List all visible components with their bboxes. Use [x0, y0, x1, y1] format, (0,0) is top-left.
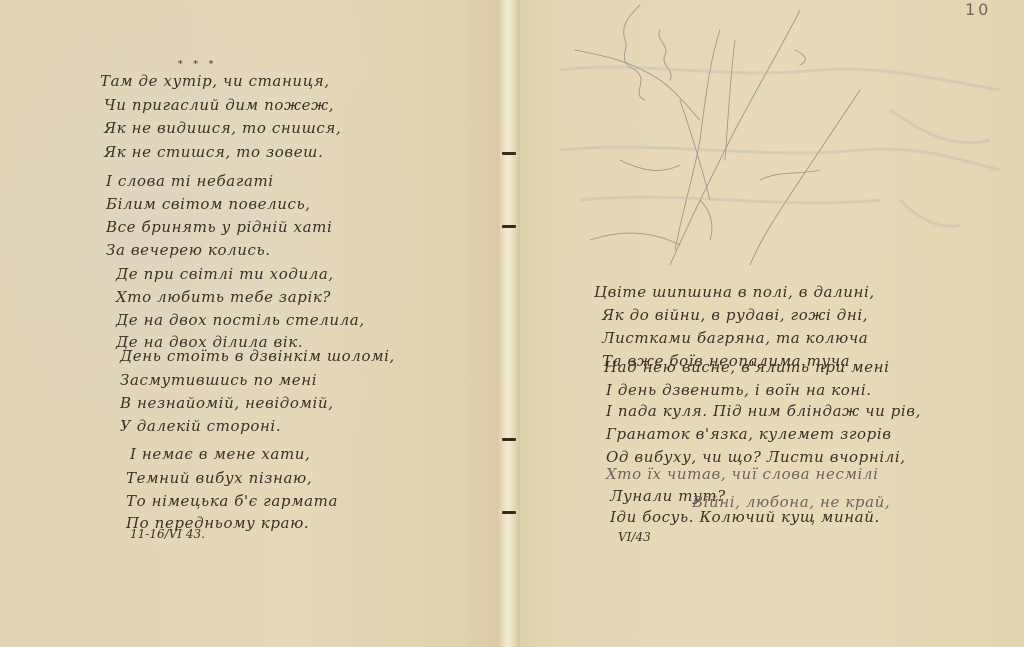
poem-line: То німецька б'є гармата	[126, 492, 338, 510]
poem-line: І день дзвенить, і воїн на коні.	[606, 381, 872, 399]
binding-stitch	[502, 152, 516, 155]
binding-stitch	[502, 511, 516, 514]
binding-stitch	[502, 438, 516, 441]
stanza-ornament: * * *	[178, 60, 217, 70]
poem-line: Листками багряна, та колюча	[602, 329, 868, 347]
poem-line: Цвіте шипшина в полі, в далині,	[594, 283, 875, 301]
left-page-date: 11-16/VI 43.	[130, 527, 205, 541]
poem-line: Іди босуь. Колючий кущ минай.	[610, 508, 880, 526]
poem-line: І слова ті небагаті	[106, 172, 274, 190]
poem-line: І пада куля. Під ним бліндаж чи рів,	[606, 402, 921, 420]
poem-line: Де на двох постіль стелила,	[116, 311, 365, 329]
poem-line: Засмутившись по мені	[120, 371, 317, 389]
binding-gutter	[498, 0, 520, 647]
poem-line: Гранаток в'язка, кулемет згорів	[606, 425, 892, 443]
poem-line: В незнайомій, невідомій,	[120, 394, 334, 412]
poem-line: Все бринять у рідній хаті	[106, 218, 332, 236]
poem-line: Темний вибух пізнаю,	[126, 469, 312, 487]
binding-stitch	[502, 225, 516, 228]
poem-line: Хто любить тебе зарік?	[116, 288, 331, 306]
poem-line: Чи пригаслий дим пожеж,	[104, 96, 334, 114]
poem-line: У далекій стороні.	[120, 417, 281, 435]
poem-line: Як до війни, в рудаві, гожі дні,	[602, 306, 868, 324]
poem-line: Як не видишся, то снишся,	[104, 119, 341, 137]
poem-line: Де при світлі ти ходила,	[116, 265, 334, 283]
poem-line: Там де хутір, чи станиця,	[100, 72, 330, 90]
poem-line: Од вибуху, чи що? Листи вчорнілі,	[606, 448, 906, 466]
right-page-date: VI/43	[618, 530, 651, 544]
notebook-spread: 10 * * * Там де хутір, чи станиця, Чи пр…	[0, 0, 1024, 647]
poem-line: І немає в мене хати,	[130, 445, 310, 463]
pencil-sketch	[560, 0, 1000, 270]
poem-line: Білим світом повелись,	[106, 195, 311, 213]
poem-line: День стоїть в дзвінкім шоломі,	[120, 347, 395, 365]
poem-line: Хто їх читав, чиї слова несмілі	[606, 465, 878, 483]
poem-line: Над нею висне, в'ялить при мені	[604, 358, 890, 376]
poem-line: За вечерею колись.	[106, 241, 271, 259]
poem-line: Як не стишся, то зовеш.	[104, 143, 323, 161]
